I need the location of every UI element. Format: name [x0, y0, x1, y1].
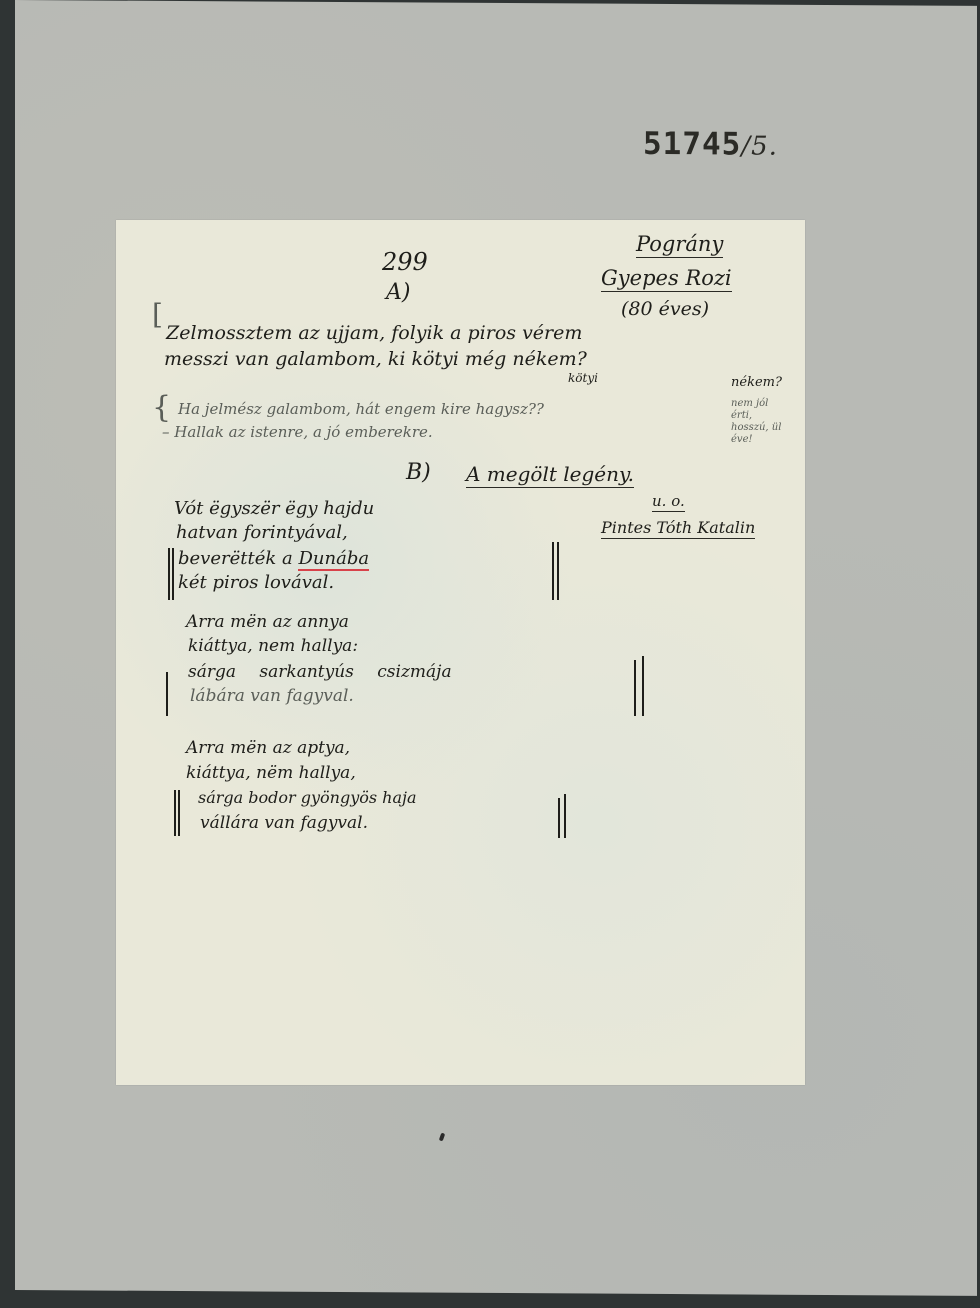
- source-note: u. o.: [652, 492, 685, 512]
- song-title: A megölt legény.: [466, 462, 634, 488]
- informant-name: Gyepes Rozi: [601, 266, 732, 292]
- red-underlined-word: Dunába: [298, 548, 369, 571]
- stanza-3-line-3: sárga bodor gyöngyös haja: [198, 788, 417, 807]
- repeat-bar-right-3b: [564, 794, 566, 838]
- stanza-2-line-3: sárga sarkantyús csizmája: [188, 662, 452, 682]
- stanza-1-line-1: Vót ëgyszër ëgy hajdu: [174, 498, 374, 519]
- repeat-bar-left-3: [174, 790, 176, 836]
- catalog-suffix: /5.: [741, 131, 778, 161]
- section-b-label: B): [406, 460, 431, 485]
- repeat-bar-left-3b: [178, 790, 180, 836]
- stanza-3-line-1: Arra mën az aptya,: [186, 738, 350, 758]
- stanza-1-line-3: beverëtték a Dunába: [178, 548, 369, 569]
- variant-line-1: Ha jelmész galambom, hát engem kire hagy…: [178, 400, 544, 418]
- section-a-line-2: messzi van galambom, ki kötyi még nékem?: [164, 348, 587, 370]
- catalog-number: 51745: [643, 126, 741, 163]
- repeat-bar-left-1b: [172, 548, 174, 600]
- repeat-bar-left-2: [166, 672, 168, 716]
- variant-brace: {: [152, 390, 171, 425]
- informant-age: (80 éves): [621, 298, 709, 320]
- repeat-bar-right-1b: [557, 542, 559, 600]
- page-number: 299: [382, 248, 428, 276]
- variant-line-2: – Hallak az istenre, a jó emberekre.: [162, 423, 433, 441]
- repeat-bar-right-2: [634, 660, 636, 716]
- section-a-label: A): [386, 280, 410, 305]
- repeat-bar-right-3: [558, 798, 560, 838]
- stanza-3-line-4: vállára van fagyval.: [200, 813, 368, 833]
- stanza-1-line-4: két piros lovával.: [178, 572, 334, 593]
- stanza-1-line-3-text: beverëtték a: [178, 548, 298, 569]
- section-b-informant: Pintes Tóth Katalin: [601, 518, 755, 539]
- insertion-kotyi: kötyi: [568, 371, 598, 385]
- insertion-nekem: nékem?: [731, 375, 782, 390]
- bracket-mark: [: [152, 298, 163, 331]
- section-a-line-1: Zelmossztem az ujjam, folyik a piros vér…: [166, 322, 582, 344]
- margin-note: nem jól érti, hosszú, ül éve!: [731, 398, 791, 446]
- place-name: Pográny: [636, 232, 723, 258]
- stanza-3-line-2: kiáttya, nëm hallya,: [186, 763, 356, 783]
- stanza-2-line-2: kiáttya, nem hallya:: [188, 636, 358, 656]
- manuscript-sheet: 299 A) Pográny Gyepes Rozi (80 éves) [ Z…: [116, 220, 805, 1085]
- stanza-2-line-4: lábára van fagyval.: [190, 686, 354, 706]
- repeat-bar-right-2b: [642, 656, 644, 716]
- stanza-2-line-1: Arra mën az annya: [186, 612, 349, 632]
- catalog-stamp: 51745/5.: [643, 126, 778, 163]
- repeat-bar-right-1: [552, 542, 554, 600]
- repeat-bar-left-1: [168, 548, 170, 600]
- stanza-1-line-2: hatvan forintyával,: [176, 522, 348, 543]
